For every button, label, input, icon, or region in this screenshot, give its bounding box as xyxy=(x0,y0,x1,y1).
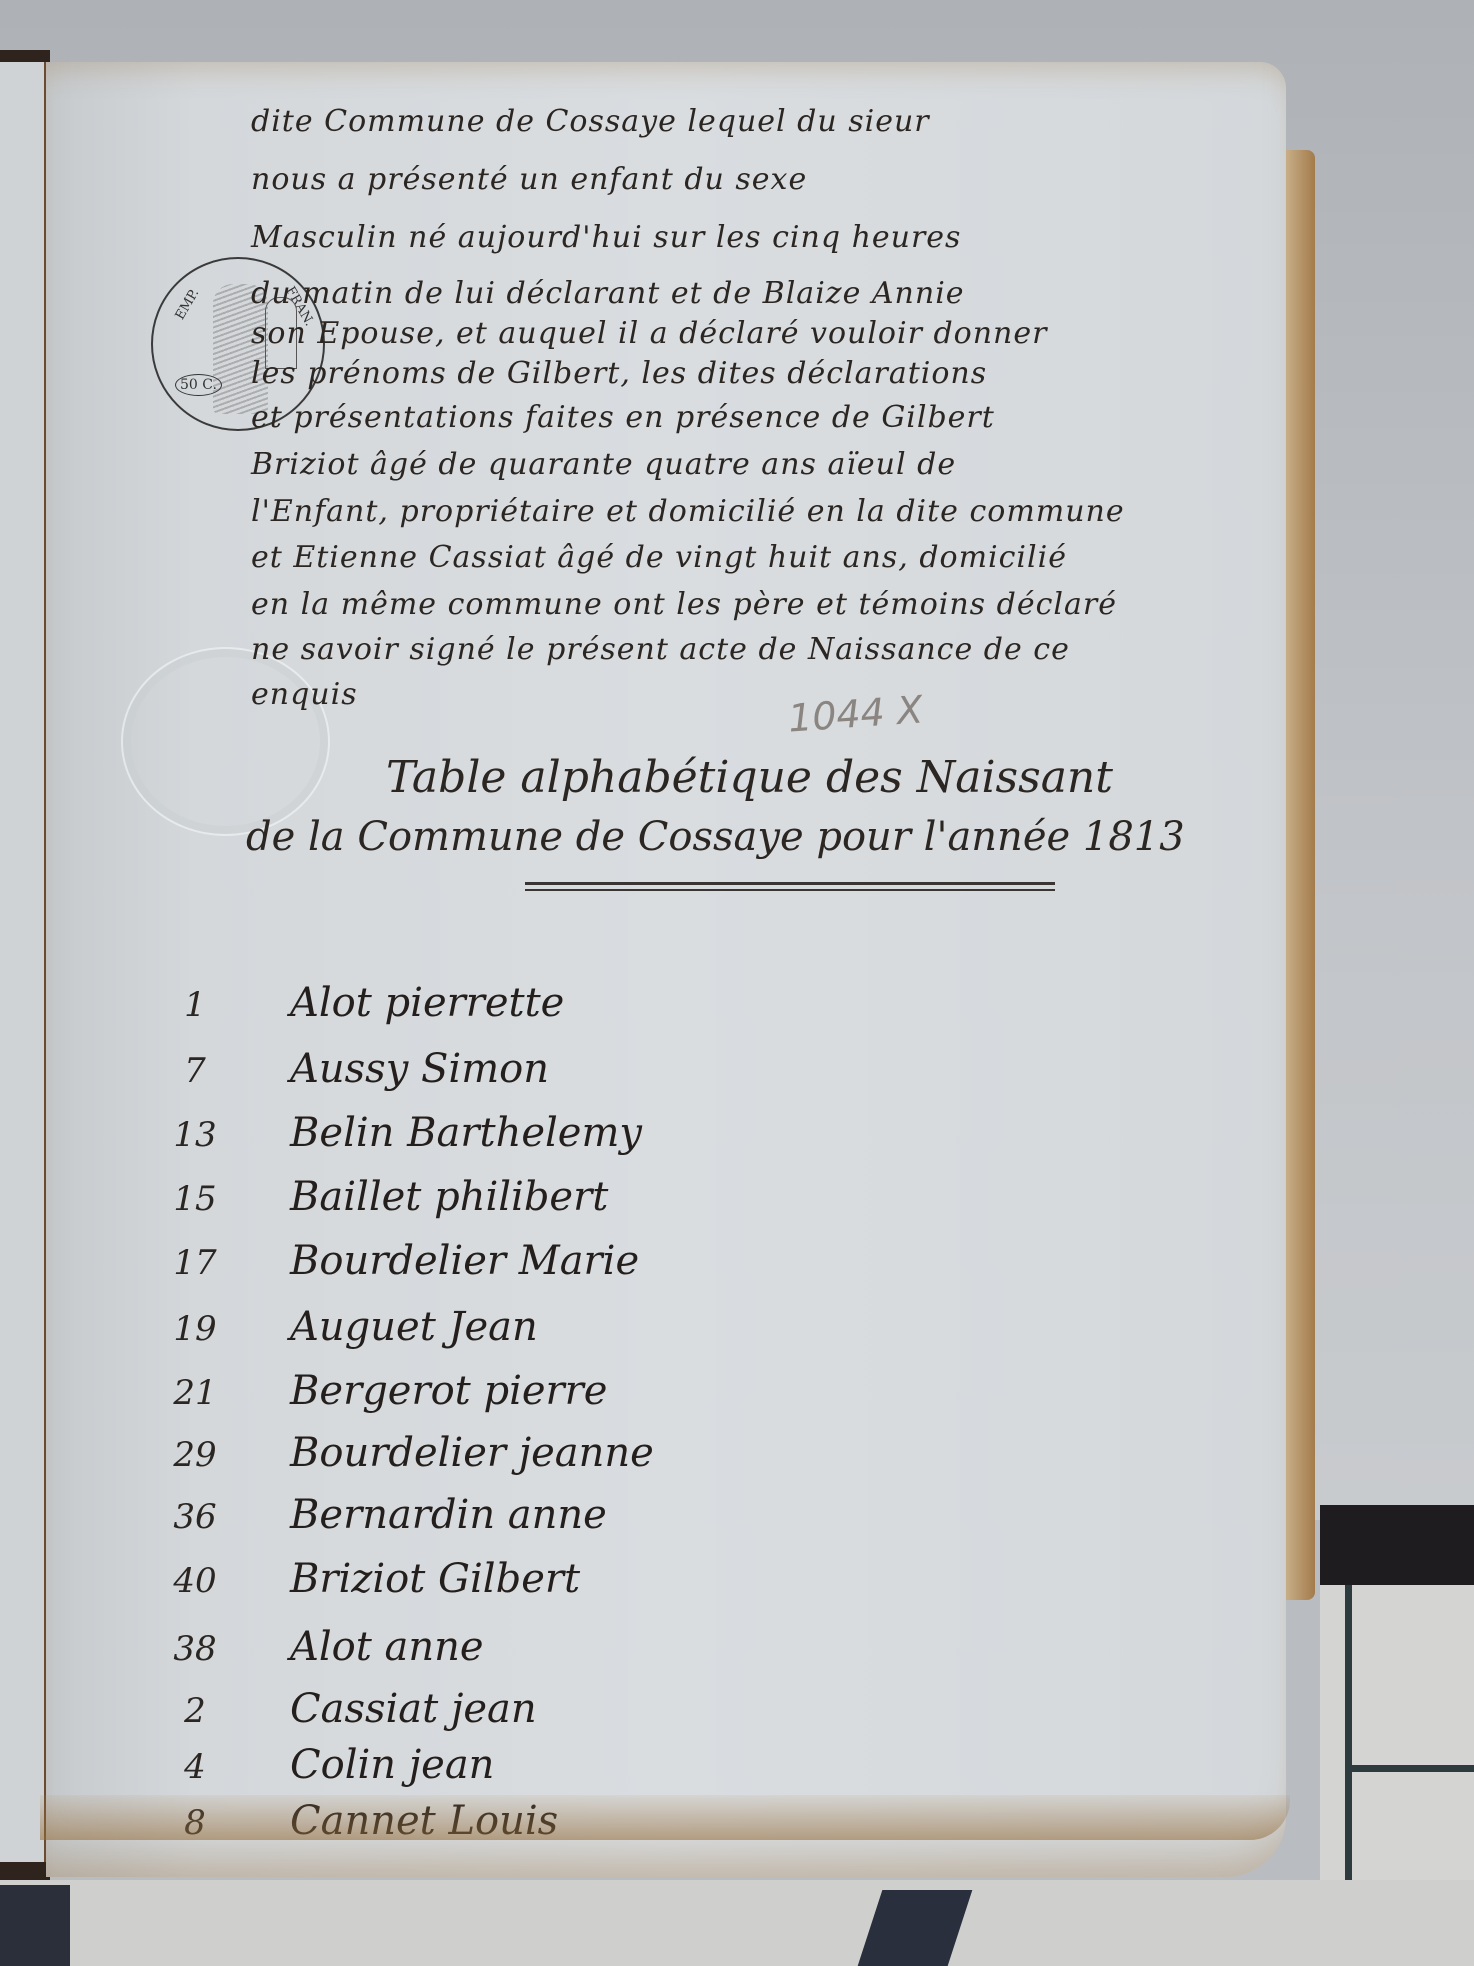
stand-leg-left xyxy=(0,1885,70,1966)
entry-name: Bernardin anne xyxy=(290,1492,607,1538)
entry-name: Briziot Gilbert xyxy=(290,1556,580,1602)
entry-number: 2 xyxy=(150,1691,240,1731)
index-entry: 29 Bourdelier jeanne xyxy=(150,1430,654,1490)
index-entry: 4 Colin jean xyxy=(150,1742,494,1802)
body-line-3: Masculin né aujourd'hui sur les cinq heu… xyxy=(251,220,961,255)
entry-name: Bergerot pierre xyxy=(290,1368,607,1414)
index-entry: 40 Briziot Gilbert xyxy=(150,1556,580,1616)
embossed-seal xyxy=(121,647,330,836)
index-entry: 19 Auguet Jean xyxy=(150,1304,538,1364)
floor xyxy=(0,1880,1474,1966)
entry-number: 19 xyxy=(150,1309,240,1349)
body-line-6: les prénoms de Gilbert, les dites déclar… xyxy=(251,356,987,391)
entry-name: Bourdelier Marie xyxy=(290,1238,639,1284)
body-line-1: dite Commune de Cossaye lequel du sieur xyxy=(251,104,930,139)
entry-number: 36 xyxy=(150,1497,240,1537)
index-entry: 15 Baillet philibert xyxy=(150,1174,608,1234)
index-entry: 17 Bourdelier Marie xyxy=(150,1238,639,1298)
dark-table-edge xyxy=(1320,1505,1474,1585)
left-page-edge xyxy=(0,62,46,1862)
page-fore-edge xyxy=(1285,150,1315,1600)
body-line-5: son Epouse, et auquel il a déclaré voulo… xyxy=(251,316,1047,351)
body-line-9: l'Enfant, propriétaire et domicilié en l… xyxy=(251,494,1125,529)
index-entry: 38 Alot anne xyxy=(150,1624,484,1684)
entry-number: 29 xyxy=(150,1435,240,1475)
table-title-line-1: Table alphabétique des Naissant xyxy=(386,752,1113,803)
entry-number: 40 xyxy=(150,1561,240,1601)
index-entry: 7 Aussy Simon xyxy=(150,1046,549,1106)
entry-number: 21 xyxy=(150,1373,240,1413)
index-entry: 13 Belin Barthelemy xyxy=(150,1110,642,1170)
index-entry: 21 Bergerot pierre xyxy=(150,1368,607,1428)
table-title-line-2: de la Commune de Cossaye pour l'année 18… xyxy=(246,814,1185,860)
entry-number: 15 xyxy=(150,1179,240,1219)
index-entry: 2 Cassiat jean xyxy=(150,1686,537,1746)
title-underline-1 xyxy=(525,882,1055,885)
entry-name: Aussy Simon xyxy=(290,1046,549,1092)
title-underline-2 xyxy=(525,889,1055,891)
entry-name: Baillet philibert xyxy=(290,1174,608,1220)
entry-name: Cassiat jean xyxy=(290,1686,537,1732)
tile-grout-horizontal xyxy=(1345,1765,1474,1772)
index-entry: 1 Alot pierrette xyxy=(150,980,564,1040)
entry-name: Alot anne xyxy=(290,1624,484,1670)
entry-name: Bourdelier jeanne xyxy=(290,1430,654,1476)
page-bottom-stain xyxy=(40,1795,1290,1840)
entry-number: 17 xyxy=(150,1243,240,1283)
body-line-4: du matin de lui déclarant et de Blaize A… xyxy=(251,276,965,311)
pencil-annotation: 1044 X xyxy=(787,687,925,740)
body-line-8: Briziot âgé de quarante quatre ans aïeul… xyxy=(251,447,956,482)
entry-name: Belin Barthelemy xyxy=(290,1110,642,1156)
body-line-10: et Etienne Cassiat âgé de vingt huit ans… xyxy=(251,540,1067,575)
register-page: EMP. FRAN. 50 C. dite Commune de Cossaye… xyxy=(46,62,1286,1877)
entry-name: Colin jean xyxy=(290,1742,494,1788)
body-line-2: nous a présenté un enfant du sexe xyxy=(251,162,807,197)
entry-number: 4 xyxy=(150,1747,240,1787)
body-line-13: enquis xyxy=(251,677,358,712)
stamp-value: 50 C. xyxy=(175,374,222,396)
entry-number: 13 xyxy=(150,1115,240,1155)
stamp-text-left: EMP. xyxy=(173,286,203,322)
body-line-11: en la même commune ont les père et témoi… xyxy=(251,587,1117,622)
entry-name: Auguet Jean xyxy=(290,1304,538,1350)
entry-name: Alot pierrette xyxy=(290,980,564,1026)
entry-number: 1 xyxy=(150,985,240,1025)
body-line-12: ne savoir signé le présent acte de Naiss… xyxy=(251,632,1070,667)
index-entry: 36 Bernardin anne xyxy=(150,1492,607,1552)
body-line-7: et présentations faites en présence de G… xyxy=(251,400,995,435)
entry-number: 38 xyxy=(150,1629,240,1669)
entry-number: 7 xyxy=(150,1051,240,1091)
